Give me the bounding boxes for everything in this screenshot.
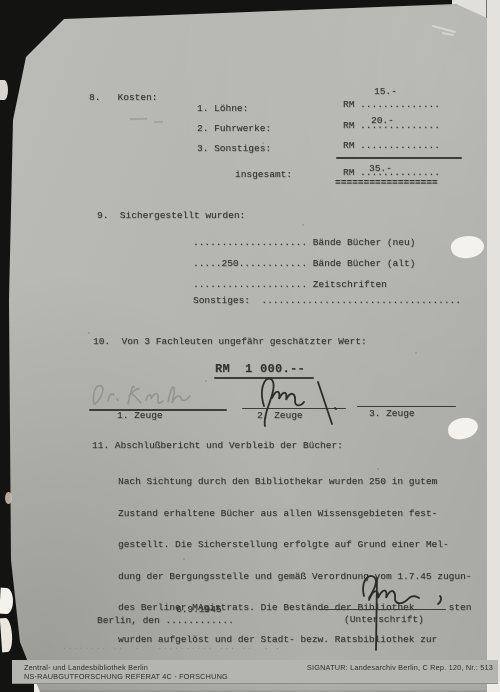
paper-tear [0,618,13,653]
secured-label-sonstiges: Sonstiges: [193,295,250,306]
witness1-signature [86,378,201,410]
secured-label-alt: Bände Bücher (alt) [313,258,416,269]
cost-row-label-sonstiges: 3. Sonstiges: [197,144,271,155]
secured-line-neu: .................... Bände Bücher (neu) [193,238,415,249]
total-value: 35.- [369,164,392,175]
scanned-document-page: 8. Kosten: 1. Löhne: RM .............. 1… [0,0,500,692]
witness1-label: 1. Zeuge [117,411,163,422]
leader-dots-with-count: .....250............ [193,258,307,269]
paper-speck [415,352,417,354]
archive-signature-reference: SIGNATUR: Landesarchiv Berlin, C Rep. 12… [200,664,493,672]
report-line: Nach Sichtung durch den Bibliothekar wur… [118,477,471,488]
witness3-label: 3. Zeuge [369,409,415,420]
witness2-signature [236,370,344,428]
section-8-heading: 8. Kosten: [89,93,157,104]
secured-label-zeitschriften: Zeitschriften [313,279,387,290]
report-line: Zustand erhaltene Bücher aus allen Wisse… [118,509,471,520]
leader-dots: .................... [193,279,307,290]
smudge-mark [154,121,163,123]
paper-tear [0,588,14,615]
leader-dots: .................... [193,237,307,248]
archive-institution-line2: NS-RAUBGUTFORSCHUNG REFERAT 4C - FORSCHU… [24,673,228,681]
closing-place-line: Berlin, den ............ [97,616,234,627]
cost-row-label-loehne: 1. Löhne: [197,104,248,115]
section-11-heading: 11. Abschlußbericht und Verbleib der Büc… [92,441,343,452]
secured-line-sonstiges: Sonstiges: .............................… [193,296,461,307]
paper-stain [5,492,12,504]
leader-dots: ................................... [250,295,461,306]
secured-line-alt: .....250............ Bände Bücher (alt) [193,259,415,270]
total-rule [336,157,462,159]
official-signature [338,572,460,656]
cost-row-value-fuhrwerke: 20.- [371,116,394,127]
cost-row-value-loehne: 15.- [374,87,397,98]
closing-date-value: 6.9.1945 [176,605,222,616]
cost-row-label-fuhrwerke: 2. Fuhrwerke: [197,124,271,135]
paper-tear [0,80,8,100]
witness3-line [357,406,456,408]
section-10-heading: 10. Von 3 Fachleuten ungefähr geschätzte… [93,337,367,348]
secured-label-neu: Bände Bücher (neu) [313,237,416,248]
backing-sheet-right-edge [486,0,500,692]
total-double-rule: ================== [335,178,438,189]
cost-row-amount-loehne: RM .............. [343,100,440,111]
report-line: gestellt. Die Sicherstellung erfolgte au… [118,540,471,551]
stray-dots: ........ .. . .......... ... .. . . [62,642,280,653]
paper-speck [302,224,304,226]
paper-tear [474,242,484,250]
total-label: insgesamt: [235,170,292,181]
cost-row-amount-sonstiges: RM .............. [343,141,440,152]
paper-speck [205,380,207,382]
paper-speck [88,332,90,334]
section-9-heading: 9. Sichergestellt wurden: [97,211,245,222]
secured-line-zeitschriften: .................... Zeitschriften [193,280,387,291]
